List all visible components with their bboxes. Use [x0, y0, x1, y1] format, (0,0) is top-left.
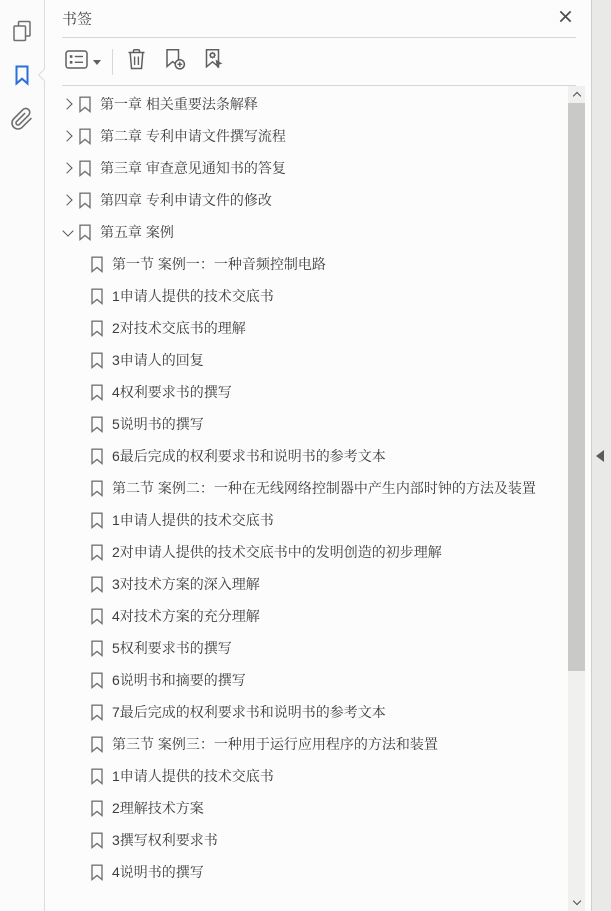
bookmark-label: 3撰写权利要求书 — [112, 830, 218, 850]
bookmark-label: 第一节 案例一：一种音频控制电路 — [112, 254, 326, 274]
bookmark-row[interactable]: 2对申请人提供的技术交底书中的发明创造的初步理解 — [45, 536, 591, 568]
bookmark-row[interactable]: 第一节 案例一：一种音频控制电路 — [45, 248, 591, 280]
bookmark-settings-cursor-icon — [201, 47, 226, 76]
delete-bookmark-button[interactable] — [122, 44, 151, 79]
bookmarks-panel-app: 书签 — [0, 0, 611, 911]
bookmark-row[interactable]: 第三节 案例三：一种用于运行应用程序的方法和装置 — [45, 728, 591, 760]
bookmark-label: 5说明书的撰写 — [112, 414, 204, 434]
attachments-button[interactable] — [0, 97, 44, 141]
bookmark-row[interactable]: 6最后完成的权利要求书和说明书的参考文本 — [45, 440, 591, 472]
bookmark-label: 1申请人提供的技术交底书 — [112, 510, 274, 530]
options-list-icon — [65, 50, 88, 74]
bookmark-label: 3申请人的回复 — [112, 350, 204, 370]
bookmark-row[interactable]: 1申请人提供的技术交底书 — [45, 504, 591, 536]
bookmark-glyph-icon — [90, 670, 112, 690]
bookmark-label: 6说明书和摘要的撰写 — [112, 670, 246, 690]
chevron-down-icon — [572, 897, 580, 905]
bookmark-row[interactable]: 第五章 案例 — [45, 216, 591, 248]
bookmark-add-icon — [162, 47, 187, 76]
expand-chevron-icon[interactable] — [58, 190, 78, 210]
bookmark-label: 第五章 案例 — [100, 222, 174, 242]
bookmark-row[interactable]: 1申请人提供的技术交底书 — [45, 760, 591, 792]
close-panel-button[interactable] — [555, 9, 575, 29]
bookmark-row[interactable]: 4权利要求书的撰写 — [45, 376, 591, 408]
bookmark-label: 3对技术方案的深入理解 — [112, 574, 260, 594]
bookmark-glyph-icon — [90, 254, 112, 274]
bookmark-label: 第三节 案例三：一种用于运行应用程序的方法和装置 — [112, 734, 438, 754]
bookmark-list: 第一章 相关重要法条解释 第二章 专利申请文件撰写流程 第三章 审查意见通知书的… — [45, 86, 591, 888]
bookmark-row[interactable]: 5说明书的撰写 — [45, 408, 591, 440]
bookmark-glyph-icon — [90, 286, 112, 306]
bookmark-row[interactable]: 2对技术交底书的理解 — [45, 312, 591, 344]
bookmark-label: 1申请人提供的技术交底书 — [112, 286, 274, 306]
bookmark-glyph-icon — [90, 574, 112, 594]
bookmark-label: 4说明书的撰写 — [112, 862, 204, 882]
bookmark-label: 7最后完成的权利要求书和说明书的参考文本 — [112, 702, 386, 722]
scroll-down-button[interactable] — [568, 894, 585, 911]
bookmarks-panel: 书签 — [45, 0, 591, 911]
bookmark-row[interactable]: 第一章 相关重要法条解释 — [45, 88, 591, 120]
bookmark-label: 1申请人提供的技术交底书 — [112, 766, 274, 786]
bookmark-glyph-icon — [90, 542, 112, 562]
bookmark-row[interactable]: 2理解技术方案 — [45, 792, 591, 824]
bookmark-label: 2对技术交底书的理解 — [112, 318, 246, 338]
bookmark-row[interactable]: 3对技术方案的深入理解 — [45, 568, 591, 600]
bookmark-row[interactable]: 第四章 专利申请文件的修改 — [45, 184, 591, 216]
bookmark-highlight-button[interactable] — [198, 44, 229, 79]
collapse-panel-arrow-icon[interactable] — [596, 450, 604, 462]
panel-header: 书签 — [45, 0, 591, 37]
page-thumbnails-icon — [10, 19, 34, 43]
bookmark-glyph-icon — [78, 126, 100, 146]
bookmark-row[interactable]: 7最后完成的权利要求书和说明书的参考文本 — [45, 696, 591, 728]
expand-chevron-icon[interactable] — [58, 126, 78, 146]
expand-chevron-icon[interactable] — [58, 94, 78, 114]
bookmark-row[interactable]: 3申请人的回复 — [45, 344, 591, 376]
bookmark-glyph-icon — [90, 702, 112, 722]
panel-title: 书签 — [62, 8, 555, 29]
bookmark-label: 4权利要求书的撰写 — [112, 382, 232, 402]
scrollbar-thumb[interactable] — [568, 103, 585, 671]
chevron-up-icon — [572, 92, 580, 100]
scroll-up-button[interactable] — [568, 86, 585, 103]
bookmark-row[interactable]: 第二节 案例二：一种在无线网络控制器中产生内部时钟的方法及装置 — [45, 472, 591, 504]
bookmark-glyph-icon — [90, 734, 112, 754]
document-pane-edge — [591, 0, 611, 911]
toolbar-divider — [112, 49, 113, 75]
bookmark-row[interactable]: 第二章 专利申请文件撰写流程 — [45, 120, 591, 152]
bookmark-glyph-icon — [90, 350, 112, 370]
bookmark-glyph-icon — [78, 222, 100, 242]
bookmark-row[interactable]: 5权利要求书的撰写 — [45, 632, 591, 664]
bookmark-options-menu-button[interactable] — [62, 47, 104, 77]
expand-chevron-icon[interactable] — [58, 222, 78, 242]
bookmark-row[interactable]: 4对技术方案的充分理解 — [45, 600, 591, 632]
close-icon — [558, 9, 573, 29]
bookmark-row[interactable]: 1申请人提供的技术交底书 — [45, 280, 591, 312]
bookmark-glyph-icon — [78, 158, 100, 178]
dropdown-caret-icon — [93, 60, 101, 65]
bookmark-label: 6最后完成的权利要求书和说明书的参考文本 — [112, 446, 386, 466]
bookmark-glyph-icon — [90, 606, 112, 626]
bookmark-label: 2对申请人提供的技术交底书中的发明创造的初步理解 — [112, 542, 442, 562]
bookmark-glyph-icon — [78, 190, 100, 210]
bookmark-glyph-icon — [90, 638, 112, 658]
navigation-rail — [0, 0, 45, 911]
bookmark-glyph-icon — [90, 830, 112, 850]
bookmark-glyph-icon — [90, 478, 112, 498]
bookmark-label: 5权利要求书的撰写 — [112, 638, 232, 658]
bookmark-list-area: 第一章 相关重要法条解释 第二章 专利申请文件撰写流程 第三章 审查意见通知书的… — [45, 86, 591, 911]
vertical-scrollbar[interactable] — [568, 86, 585, 911]
new-bookmark-button[interactable] — [159, 44, 190, 79]
bookmark-label: 4对技术方案的充分理解 — [112, 606, 260, 626]
expand-chevron-icon[interactable] — [58, 158, 78, 178]
trash-icon — [125, 47, 148, 76]
bookmark-glyph-icon — [90, 382, 112, 402]
bookmark-row[interactable]: 3撰写权利要求书 — [45, 824, 591, 856]
bookmark-label: 第二节 案例二：一种在无线网络控制器中产生内部时钟的方法及装置 — [112, 478, 536, 498]
bookmark-label: 第二章 专利申请文件撰写流程 — [100, 126, 286, 146]
bookmark-glyph-icon — [90, 862, 112, 882]
bookmark-label: 2理解技术方案 — [112, 798, 204, 818]
paperclip-icon — [10, 107, 34, 131]
bookmark-glyph-icon — [90, 414, 112, 434]
bookmark-glyph-icon — [90, 798, 112, 818]
panel-toolbar — [45, 38, 591, 85]
bookmark-icon — [10, 63, 34, 87]
bookmark-row[interactable]: 4说明书的撰写 — [45, 856, 591, 888]
bookmark-label: 第四章 专利申请文件的修改 — [100, 190, 272, 210]
bookmark-label: 第一章 相关重要法条解释 — [100, 94, 258, 114]
bookmark-glyph-icon — [78, 94, 100, 114]
bookmark-glyph-icon — [90, 766, 112, 786]
bookmark-label: 第三章 审查意见通知书的答复 — [100, 158, 286, 178]
bookmark-glyph-icon — [90, 446, 112, 466]
bookmark-glyph-icon — [90, 318, 112, 338]
bookmark-row[interactable]: 6说明书和摘要的撰写 — [45, 664, 591, 696]
bookmark-glyph-icon — [90, 510, 112, 530]
page-thumbnails-button[interactable] — [0, 9, 44, 53]
bookmark-row[interactable]: 第三章 审查意见通知书的答复 — [45, 152, 591, 184]
